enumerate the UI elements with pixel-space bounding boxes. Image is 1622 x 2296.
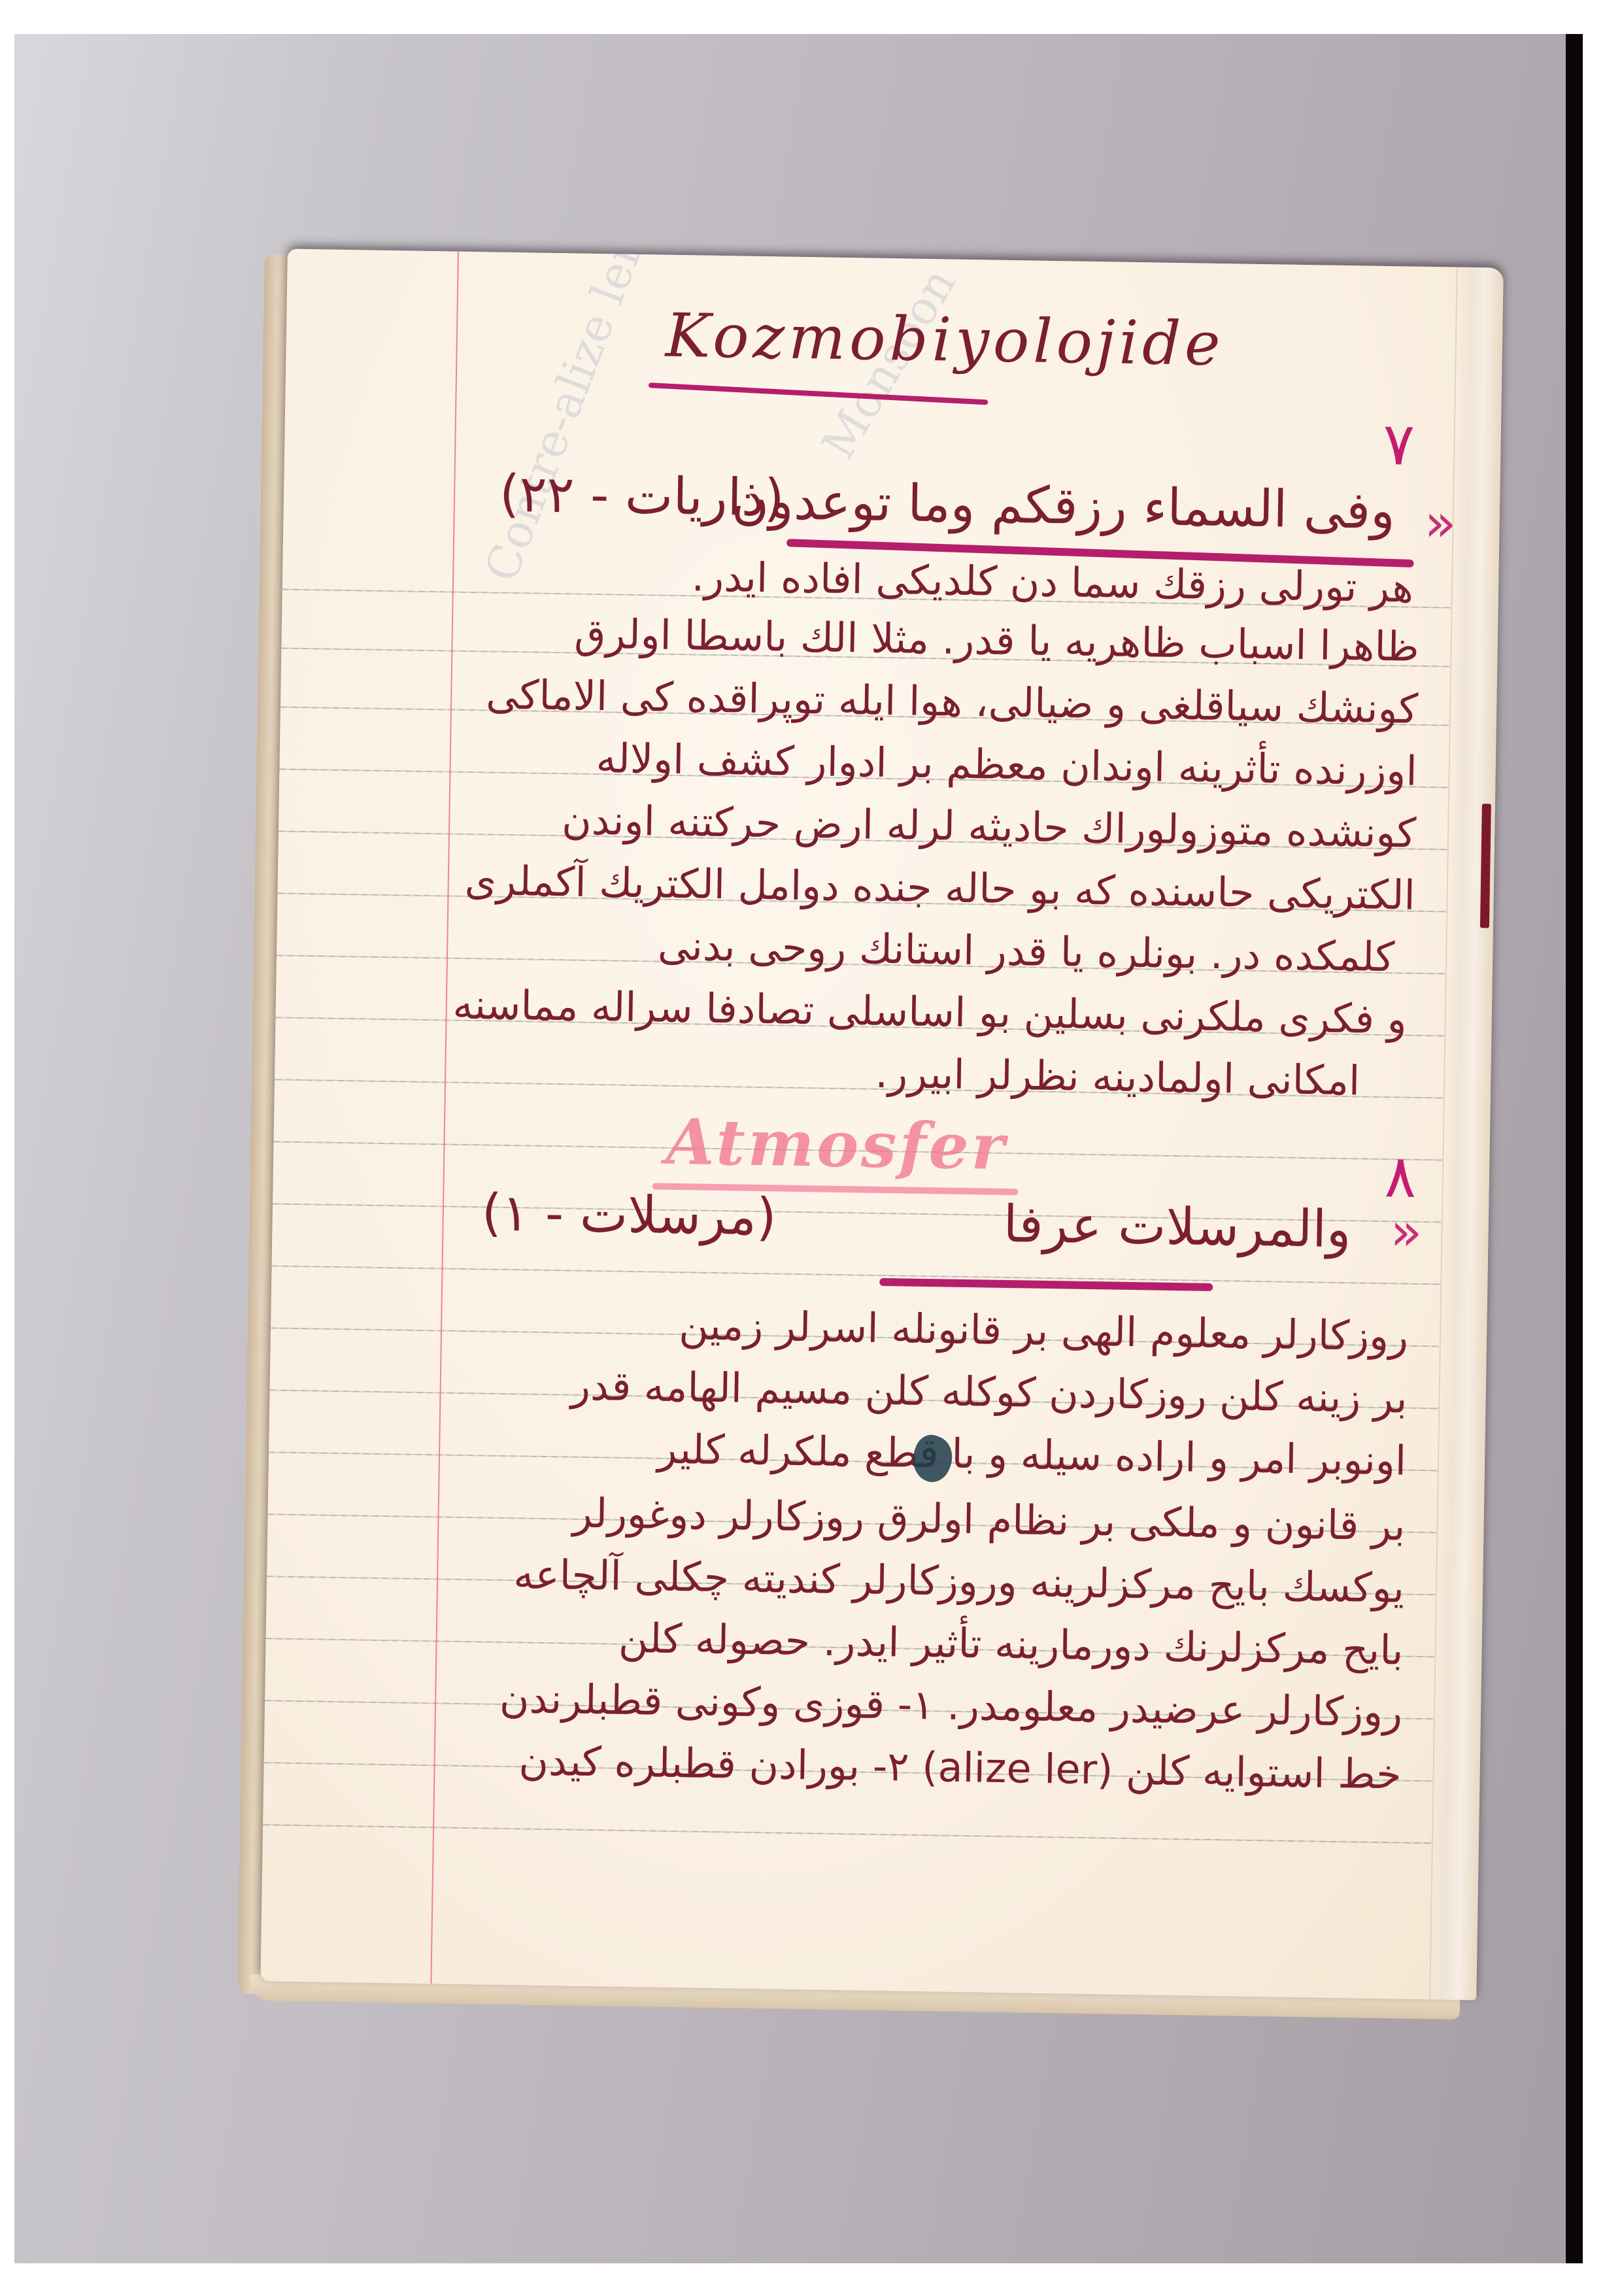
- body-line: ظاهرا اسباب ظاهريه يا قدر. مثلا الك باسط…: [360, 606, 1419, 670]
- body-line: بايح مركزلرنك دورمارينه تأثير ايدر. حصول…: [292, 1609, 1404, 1674]
- ruled-line: [272, 1265, 1442, 1285]
- body-line: اوزرنده تأثرينه اوندان معظم بر ادوار كشف…: [403, 731, 1417, 794]
- notebook-page: Monsoon Contre-alize ler Kozmobiyolojide…: [260, 249, 1503, 2001]
- body-line: يوكسك بايح مركزلرينه وروزكارلر كنديته چك…: [293, 1547, 1405, 1612]
- body-line: بر قانون و ملكى بر نظام اولرق روزكارلر د…: [326, 1485, 1406, 1550]
- body-line: روزكارلر معلوم الهى بر قانونله اسرلر زمي…: [297, 1295, 1409, 1360]
- body-line: الكتريكى حاسنده كه بو حاله جنده دوامل ال…: [356, 854, 1415, 919]
- body-line: روزكارلر عرضيدر معلومدر. ١- قوزى وكونى ق…: [278, 1671, 1403, 1736]
- scanner-edge-bar: [1566, 34, 1583, 2263]
- margin-line: [430, 252, 459, 1984]
- body-line: اونوبر امر و اراده سيله و با قطع ملكرله …: [393, 1421, 1407, 1484]
- body-line: كلمكده در. بونلره يا قدر استانك روحى بدن…: [447, 919, 1395, 981]
- body-line: امكانى اولمادينه نظرلر ابيرر.: [641, 1045, 1360, 1104]
- body-line: و فكرى ملكرنى بسلين بو اساسلى تصادفا سرا…: [458, 981, 1407, 1043]
- section-marker-icon: »: [1390, 1201, 1423, 1262]
- verse-reference: (مرسلات - ١): [481, 1183, 777, 1247]
- page-number: ٧: [1383, 410, 1415, 479]
- bleed-through-text: Contre-alize ler: [474, 249, 652, 589]
- bookmark-tab: [1480, 803, 1491, 928]
- body-line: بر زينه كلن روزكاردن كوكله كلن مسيم الها…: [328, 1358, 1408, 1423]
- section-marker-icon: »: [1424, 492, 1457, 554]
- verse-reference: (ذاريات - ٢٢): [499, 465, 785, 528]
- body-line: كونشده متوزولوراك حاديثه لرله ارض حركتنه…: [357, 792, 1417, 856]
- notebook: Monsoon Contre-alize ler Kozmobiyolojide…: [237, 248, 1517, 2033]
- title-underline: [649, 382, 988, 405]
- section-title-atmosfer: Atmosfer: [666, 1105, 1007, 1184]
- ruled-line: [263, 1824, 1433, 1844]
- body-line: كونشك سياقلغى و ضيالى، هوا ايله توپراقده…: [359, 668, 1419, 732]
- body-line: خط استوايه كلن (alize ler) ٢- بورادن قطب…: [277, 1733, 1402, 1798]
- verse-heading: والمرسلات عرفا: [893, 1193, 1351, 1259]
- page-title: Kozmobiyolojide: [665, 301, 1225, 379]
